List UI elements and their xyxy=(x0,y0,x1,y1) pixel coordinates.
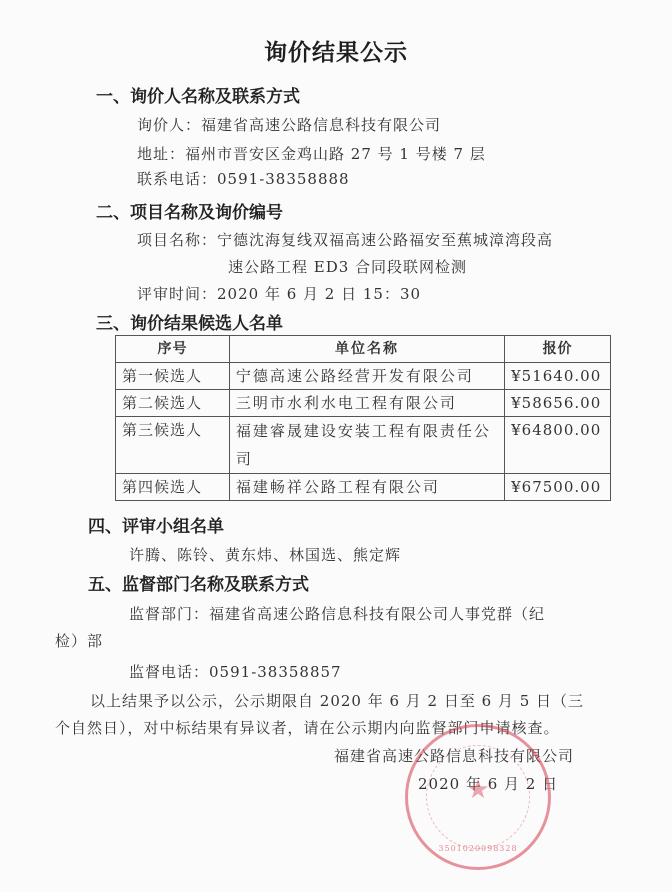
cell-rank: 第三候选人 xyxy=(116,417,230,474)
notice-line2: 个自然日），对中标结果有异议者，请在公示期内向监督部门申请核查。 xyxy=(55,717,560,738)
cell-rank: 第四候选人 xyxy=(116,474,230,501)
inquirer-value: 福建省高速公路信息科技有限公司 xyxy=(201,116,441,134)
project-label: 项目名称： xyxy=(137,231,217,249)
column-header-price: 报价 xyxy=(505,336,611,363)
phone-value: 0591-38358888 xyxy=(217,170,350,188)
inquirer-label: 询价人： xyxy=(137,116,201,134)
cell-company: 福建畅祥公路工程有限公司 xyxy=(229,474,504,501)
cell-price: ¥67500.00 xyxy=(505,474,611,501)
document-page: 询价结果公示 一、询价人名称及联系方式 询价人：福建省高速公路信息科技有限公司 … xyxy=(0,0,672,892)
supervision-dept-line2: 检）部 xyxy=(55,630,103,651)
phone-label: 联系电话： xyxy=(137,170,217,188)
section4-heading: 四、评审小组名单 xyxy=(88,512,224,537)
table-row: 第四候选人 福建畅祥公路工程有限公司 ¥67500.00 xyxy=(116,474,611,501)
page-title: 询价结果公示 xyxy=(0,34,672,67)
table-row: 第一候选人 宁德高速公路经营开发有限公司 ¥51640.00 xyxy=(116,363,611,390)
signature-date: 2020 年 6 月 2 日 xyxy=(418,773,558,794)
supervision-dept-label: 监督部门： xyxy=(129,605,209,623)
supervision-dept-line1: 福建省高速公路信息科技有限公司人事党群（纪 xyxy=(209,605,545,623)
address-label: 地址： xyxy=(137,145,185,163)
cell-company: 宁德高速公路经营开发有限公司 xyxy=(229,363,504,390)
candidate-table: 序号 单位名称 报价 第一候选人 宁德高速公路经营开发有限公司 ¥51640.0… xyxy=(115,335,611,501)
review-time-row: 评审时间：2020 年 6 月 2 日 15：30 xyxy=(137,283,421,304)
cell-company: 三明市水利水电工程有限公司 xyxy=(229,390,504,417)
table-header-row: 序号 单位名称 报价 xyxy=(116,336,611,363)
project-row: 项目名称：宁德沈海复线双福高速公路福安至蕉城漳湾段高 xyxy=(137,229,553,250)
project-value-line2: 速公路工程 ED3 合同段联网检测 xyxy=(228,256,467,277)
address-value: 福州市晋安区金鸡山路 27 号 1 号楼 7 层 xyxy=(185,145,486,163)
cell-company: 福建睿晟建设安装工程有限责任公司 xyxy=(229,417,504,474)
cell-price: ¥58656.00 xyxy=(505,390,611,417)
section2-heading: 二、项目名称及询价编号 xyxy=(96,198,283,223)
section1-heading: 一、询价人名称及联系方式 xyxy=(96,82,300,107)
notice-line1: 以上结果予以公示，公示期限自 2020 年 6 月 2 日至 6 月 5 日（三 xyxy=(90,690,584,711)
section3-heading: 三、询价结果候选人名单 xyxy=(96,309,283,334)
phone-row: 联系电话：0591-38358888 xyxy=(137,168,350,189)
supervision-phone-row: 监督电话：0591-38358857 xyxy=(129,661,342,682)
cell-price: ¥64800.00 xyxy=(505,417,611,474)
column-header-company: 单位名称 xyxy=(229,336,504,363)
address-row: 地址：福州市晋安区金鸡山路 27 号 1 号楼 7 层 xyxy=(137,143,486,164)
review-time-value: 2020 年 6 月 2 日 15：30 xyxy=(217,285,421,303)
signature-company: 福建省高速公路信息科技有限公司 xyxy=(334,745,574,766)
supervision-phone-label: 监督电话： xyxy=(129,663,209,681)
panel-members: 许腾、陈铃、黄东炜、林国选、熊定辉 xyxy=(129,544,401,565)
cell-price: ¥51640.00 xyxy=(505,363,611,390)
table-row: 第二候选人 三明市水利水电工程有限公司 ¥58656.00 xyxy=(116,390,611,417)
section5-heading: 五、监督部门名称及联系方式 xyxy=(88,570,309,595)
column-header-rank: 序号 xyxy=(116,336,230,363)
seal-code: 3501020098328 xyxy=(408,844,548,853)
inquirer-row: 询价人：福建省高速公路信息科技有限公司 xyxy=(137,114,441,135)
cell-rank: 第一候选人 xyxy=(116,363,230,390)
cell-rank: 第二候选人 xyxy=(116,390,230,417)
table-row: 第三候选人 福建睿晟建设安装工程有限责任公司 ¥64800.00 xyxy=(116,417,611,474)
review-time-label: 评审时间： xyxy=(137,285,217,303)
supervision-phone-value: 0591-38358857 xyxy=(209,663,342,681)
supervision-dept-row: 监督部门：福建省高速公路信息科技有限公司人事党群（纪 xyxy=(129,603,545,624)
project-value-line1: 宁德沈海复线双福高速公路福安至蕉城漳湾段高 xyxy=(217,231,553,249)
